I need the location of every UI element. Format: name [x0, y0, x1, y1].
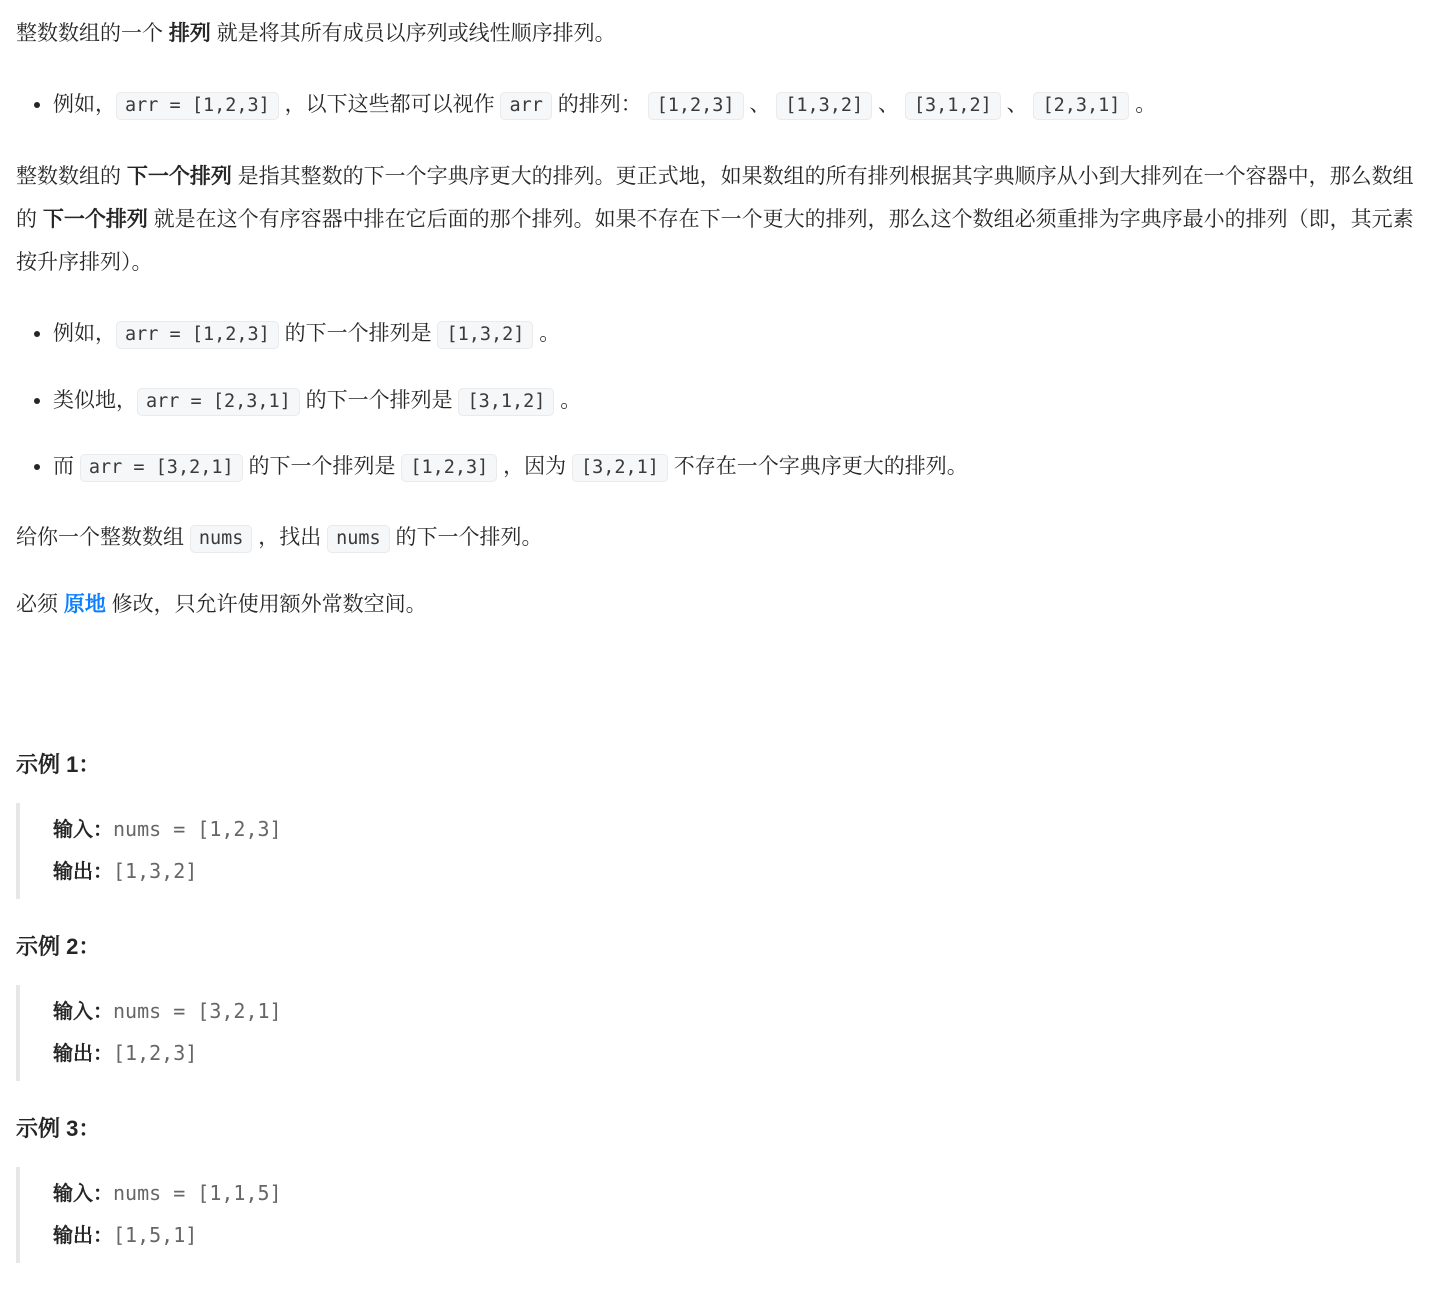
definition-text: 整数数组的: [16, 165, 127, 188]
definition-paragraph: 整数数组的 下一个排列 是指其整数的下一个字典序更大的排列。更正式地，如果数组的…: [16, 155, 1418, 285]
input-value: nums = [1,1,5]: [113, 1181, 282, 1205]
inline-code: arr = [3,2,1]: [80, 454, 243, 482]
output-value: [1,5,1]: [113, 1223, 197, 1247]
inline-code: [1,2,3]: [401, 454, 497, 482]
example-section-2: 示例 2： 输入：nums = [3,2,1]输出：[1,2,3]: [16, 925, 1418, 1081]
example-code-block: 输入：nums = [3,2,1]输出：[1,2,3]: [16, 985, 1418, 1081]
in-place-link[interactable]: 原地: [64, 593, 106, 616]
problem-description: 整数数组的一个 排列 就是将其所有成员以序列或线性顺序排列。 例如，arr = …: [0, 0, 1434, 1313]
list-text: 不存在一个字典序更大的排列。: [668, 455, 968, 478]
list-item: 类似地，arr = [2,3,1] 的下一个排列是 [3,1,2] 。: [53, 379, 1418, 422]
list-text: 的下一个排列是: [243, 455, 402, 478]
list-text: 。: [554, 389, 581, 412]
inline-code: arr = [2,3,1]: [137, 388, 300, 416]
list-text: 。: [533, 322, 560, 345]
inline-code: arr = [1,2,3]: [116, 321, 279, 349]
input-value: nums = [3,2,1]: [113, 999, 282, 1023]
example-heading: 示例 2：: [16, 925, 1418, 969]
permutation-term: 排列: [169, 22, 211, 45]
example-input-line: 输入：nums = [1,2,3]: [53, 809, 1418, 851]
next-permutation-example-list: 例如，arr = [1,2,3] 的下一个排列是 [1,3,2] 。 类似地，a…: [16, 312, 1418, 488]
inline-code: [1,2,3]: [648, 92, 744, 120]
input-label: 输入：: [53, 1001, 113, 1023]
inline-code: [3,2,1]: [572, 454, 668, 482]
list-text: 例如，: [53, 322, 116, 345]
example-output-line: 输出：[1,3,2]: [53, 851, 1418, 893]
example-heading: 示例 1：: [16, 743, 1418, 787]
list-text: 的下一个排列是: [300, 389, 459, 412]
task-paragraph: 给你一个整数数组 nums ，找出 nums 的下一个排列。: [16, 516, 1418, 559]
inline-code: [3,1,2]: [905, 92, 1001, 120]
output-label: 输出：: [53, 861, 113, 883]
next-permutation-term: 下一个排列: [127, 165, 232, 188]
inline-code: [1,3,2]: [776, 92, 872, 120]
list-text: ，以下这些都可以视作: [279, 93, 501, 116]
list-text: 类似地，: [53, 389, 137, 412]
definition-text: 就是在这个有序容器中排在它后面的那个排列。如果不存在下一个更大的排列，那么这个数…: [16, 208, 1414, 274]
inline-code: [1,3,2]: [437, 321, 533, 349]
input-label: 输入：: [53, 819, 113, 841]
example-output-line: 输出：[1,2,3]: [53, 1033, 1418, 1075]
constraint-text: 必须: [16, 593, 64, 616]
list-text: 、: [872, 93, 905, 116]
task-text: ，找出: [252, 526, 327, 549]
example-input-line: 输入：nums = [3,2,1]: [53, 991, 1418, 1033]
list-text: ，因为: [497, 455, 572, 478]
example-code-block: 输入：nums = [1,1,5]输出：[1,5,1]: [16, 1167, 1418, 1263]
example-section-3: 示例 3： 输入：nums = [1,1,5]输出：[1,5,1]: [16, 1107, 1418, 1263]
next-permutation-term: 下一个排列: [43, 208, 148, 231]
inline-code: arr: [500, 92, 551, 120]
list-item: 例如，arr = [1,2,3] ，以下这些都可以视作 arr 的排列： [1,…: [53, 83, 1418, 126]
intro-paragraph: 整数数组的一个 排列 就是将其所有成员以序列或线性顺序排列。: [16, 12, 1418, 55]
permutation-example-list: 例如，arr = [1,2,3] ，以下这些都可以视作 arr 的排列： [1,…: [16, 83, 1418, 126]
input-value: nums = [1,2,3]: [113, 817, 282, 841]
output-label: 输出：: [53, 1225, 113, 1247]
intro-text: 就是将其所有成员以序列或线性顺序排列。: [211, 22, 616, 45]
example-heading: 示例 3：: [16, 1107, 1418, 1151]
inline-code: nums: [190, 525, 253, 553]
inline-code: arr = [1,2,3]: [116, 92, 279, 120]
example-code-block: 输入：nums = [1,2,3]输出：[1,3,2]: [16, 803, 1418, 899]
list-text: 例如，: [53, 93, 116, 116]
task-text: 的下一个排列。: [390, 526, 543, 549]
example-input-line: 输入：nums = [1,1,5]: [53, 1173, 1418, 1215]
example-output-line: 输出：[1,5,1]: [53, 1215, 1418, 1257]
list-text: 、: [1001, 93, 1034, 116]
section-spacer: [16, 651, 1418, 743]
list-text: 、: [744, 93, 777, 116]
list-text: 的排列：: [552, 93, 648, 116]
inline-code: nums: [327, 525, 390, 553]
output-value: [1,3,2]: [113, 859, 197, 883]
list-text: 而: [53, 455, 80, 478]
inline-code: [3,1,2]: [458, 388, 554, 416]
list-item: 例如，arr = [1,2,3] 的下一个排列是 [1,3,2] 。: [53, 312, 1418, 355]
inline-code: [2,3,1]: [1033, 92, 1129, 120]
output-label: 输出：: [53, 1043, 113, 1065]
example-section-1: 示例 1： 输入：nums = [1,2,3]输出：[1,3,2]: [16, 743, 1418, 899]
list-text: 。: [1129, 93, 1156, 116]
constraint-paragraph: 必须 原地 修改，只允许使用额外常数空间。: [16, 583, 1418, 626]
intro-text: 整数数组的一个: [16, 22, 169, 45]
list-item: 而 arr = [3,2,1] 的下一个排列是 [1,2,3] ，因为 [3,2…: [53, 445, 1418, 488]
output-value: [1,2,3]: [113, 1041, 197, 1065]
task-text: 给你一个整数数组: [16, 526, 190, 549]
constraint-text: 修改，只允许使用额外常数空间。: [106, 593, 427, 616]
input-label: 输入：: [53, 1183, 113, 1205]
list-text: 的下一个排列是: [279, 322, 438, 345]
